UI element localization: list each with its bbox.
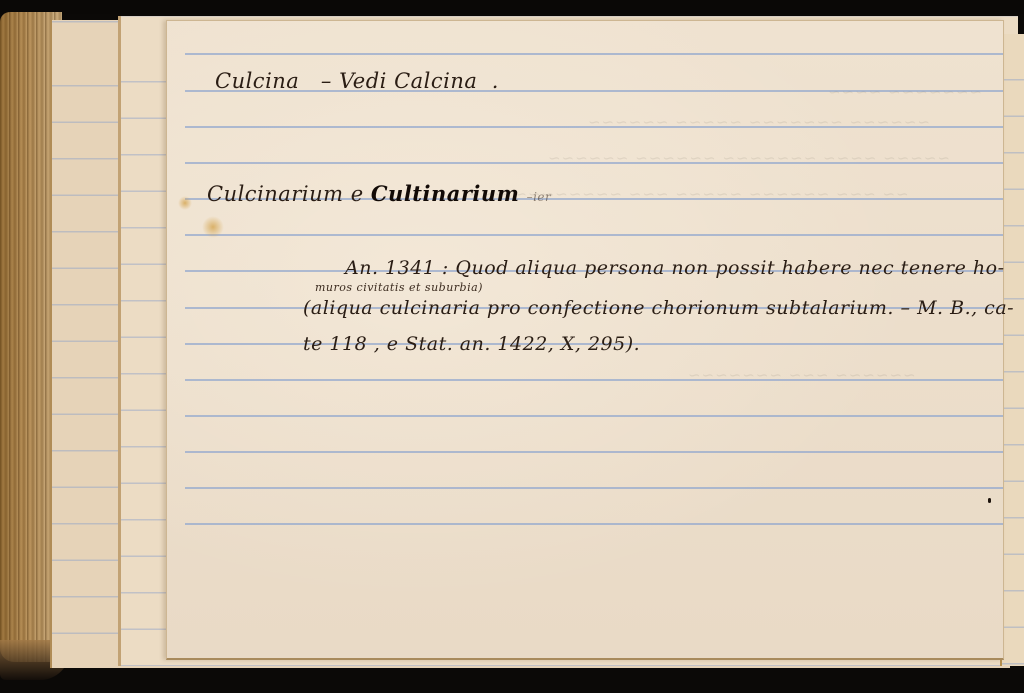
citation-interlinear: muros civitatis et suburbia) <box>315 281 483 294</box>
rule-line <box>185 523 1003 525</box>
entry-1-separator: – <box>321 69 332 93</box>
entry-1-headword: Culcina <box>215 69 299 93</box>
foxing-stain <box>202 216 224 238</box>
manuscript-photo: ~~~~~~~ ~~~~ ~~~~~~ ~~~~~~~ ~~~~~ ~~~~~~… <box>0 0 1024 693</box>
rule-line <box>185 53 1003 55</box>
entry-1-end-mark: . <box>492 69 499 93</box>
citation-open-paren: ( <box>303 297 311 319</box>
citation-hyphen-1: ho- <box>973 257 1005 279</box>
foxing-stain <box>178 196 192 210</box>
ink-speck <box>988 498 991 503</box>
entry-2-conjunction: e <box>351 182 364 206</box>
rule-line <box>185 234 1003 236</box>
bleed-through-text: ~~~~~~ ~~~ ~~~~~~~ <box>687 366 916 384</box>
rule-line <box>185 379 1003 381</box>
bleed-through-text: ~~~~~ ~~~~ ~~~~~~~ ~~~~~~ ~~~~~~ <box>547 149 950 167</box>
bleed-through-text: ~~~~~~ ~~~~~~~ ~~~~~ ~~~~~~ <box>587 113 930 131</box>
entry-1-reference: Vedi Calcina <box>339 69 477 93</box>
entry-2-variant: Cultinarium <box>371 181 520 206</box>
citation-source-ref: – M. B., ca- <box>901 297 1015 319</box>
entry-1: Culcina – Vedi Calcina . <box>215 69 499 93</box>
rule-line <box>185 487 1003 489</box>
citation-line-3: te 118 , e Stat. an. 1422, X, 295). <box>303 333 640 355</box>
entry-2-abbrev-suffix: –ier <box>527 190 552 204</box>
citation-text-1: Quod aliqua persona non possit habere ne… <box>455 257 966 279</box>
entry-2: Culcinarium e Cultinarium –ier <box>207 181 551 206</box>
rule-line <box>185 451 1003 453</box>
citation-line-2: (aliqua culcinaria pro confectione chori… <box>303 297 1014 319</box>
rule-line <box>185 126 1003 128</box>
entry-2-headword: Culcinarium <box>207 182 344 206</box>
citation-year: An. 1341 : <box>345 257 449 279</box>
bleed-through-text: ~~~~~~~ ~~~~ <box>827 83 982 101</box>
rule-line <box>185 415 1003 417</box>
citation-text-2: aliqua culcinaria pro confectione chorio… <box>311 297 894 319</box>
main-page: ~~~~~~~ ~~~~ ~~~~~~ ~~~~~~~ ~~~~~ ~~~~~~… <box>166 20 1004 660</box>
rule-line <box>185 162 1003 164</box>
citation-line-1: An. 1341 : Quod aliqua persona non possi… <box>345 257 1005 279</box>
background-shadow <box>0 0 1024 14</box>
